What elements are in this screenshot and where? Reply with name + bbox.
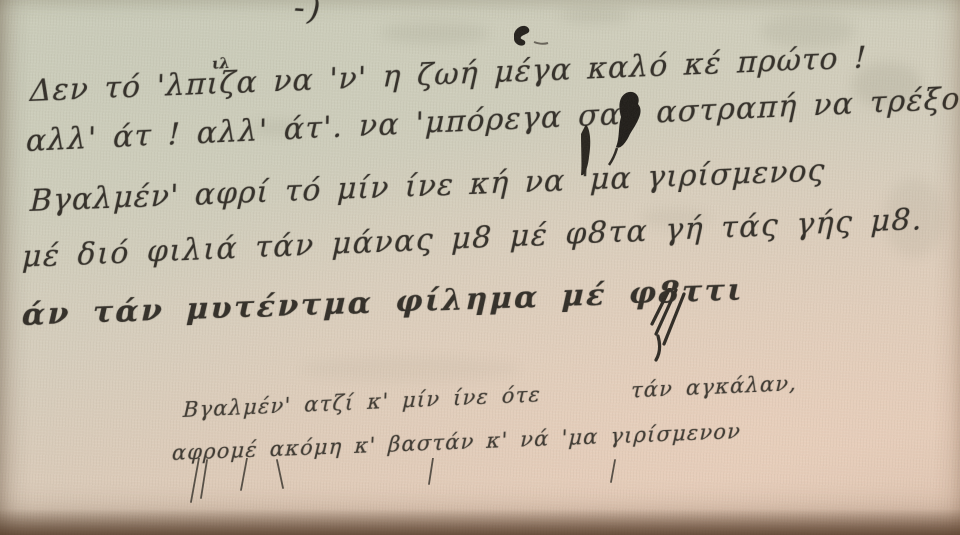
ink-blot <box>608 90 658 182</box>
handwritten-line: άν τάν μυτέντμα φίλημα μέ φ8ττι <box>21 273 744 333</box>
bleed-through-spot <box>560 8 630 24</box>
manuscript-photo: -) Δεν τό 'λπιζα να 'ν' η ζωή μέγα καλό … <box>0 0 960 535</box>
interlinear-insertion: ιλ <box>211 54 230 73</box>
page-mark: -) <box>293 0 325 28</box>
handwritten-line: Βγαλμέν' αφρί τό μίν ίνε κή να 'μα γιρίσ… <box>29 153 825 219</box>
bleed-through-spot <box>380 22 490 44</box>
pen-descender-strokes <box>185 458 705 508</box>
scribble-strikethrough <box>642 288 698 364</box>
handwritten-marginal-line: Βγαλμέν' ατζί κ' μίν ίνε ότε τάν αγκάλαν… <box>182 371 797 422</box>
bleed-through-spot <box>300 356 520 382</box>
stray-ink-mark <box>510 22 550 52</box>
ink-smear <box>578 124 596 182</box>
